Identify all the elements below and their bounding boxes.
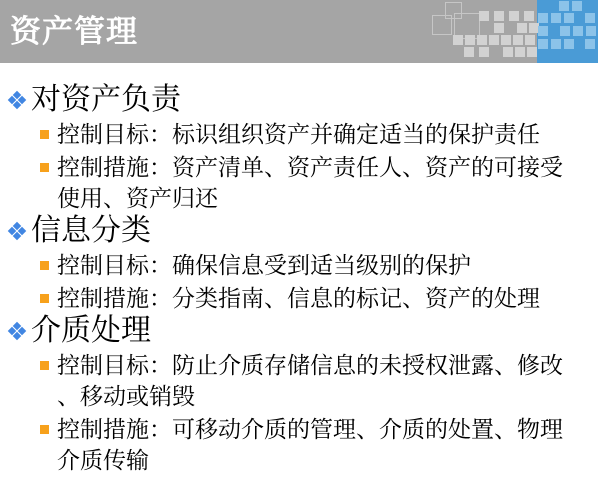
decorative-square — [573, 26, 583, 36]
decorative-square — [453, 35, 463, 45]
square-bullet-icon — [40, 163, 49, 172]
diamond-cluster-icon — [9, 323, 25, 339]
slide: 资产管理 对资产负责 控制目标：标识组织资产并确定适当的保护责任 控制措施：资产… — [0, 0, 598, 477]
bullet-item: 控制措施：资产清单、资产责任人、资产的可接受使用、资产归还 — [0, 152, 569, 214]
decorative-square — [494, 23, 504, 33]
decorative-square — [509, 11, 519, 21]
decorative-square — [551, 39, 561, 49]
bullet-item-text: 控制目标：确保信息受到适当级别的保护 — [57, 252, 471, 278]
slide-title: 资产管理 — [10, 6, 138, 51]
decorative-square — [525, 35, 535, 45]
slide-body: 对资产负责 控制目标：标识组织资产并确定适当的保护责任 控制措施：资产清单、资产… — [0, 63, 598, 476]
decorative-square — [479, 47, 489, 57]
bullet-item-text: 控制目标：标识组织资产并确定适当的保护责任 — [57, 121, 540, 147]
decorative-square — [586, 26, 596, 36]
square-bullet-icon — [40, 294, 49, 303]
decorative-square — [585, 39, 595, 49]
bullet-item-text: 控制措施：资产清单、资产责任人、资产的可接受使用、资产归还 — [57, 154, 563, 211]
decorative-square — [465, 35, 475, 45]
square-bullet-icon — [40, 361, 49, 370]
square-bullet-icon — [40, 425, 49, 434]
diamond-cluster-icon — [9, 223, 25, 239]
decorative-square — [513, 35, 523, 45]
decorative-square — [517, 23, 527, 33]
decorative-square — [501, 35, 511, 45]
square-bullet-icon — [40, 130, 49, 139]
decorative-square — [560, 26, 570, 36]
bullet-item: 控制措施：分类指南、信息的标记、资产的处理 — [0, 283, 569, 314]
decorative-square — [524, 11, 534, 21]
section-heading-label: 信息分类 — [31, 214, 151, 248]
section-heading-label: 对资产负责 — [31, 83, 181, 117]
bullet-item-text: 控制措施：可移动介质的管理、介质的处置、物理介质传输 — [57, 416, 563, 473]
decorative-square — [479, 11, 489, 21]
square-bullet-icon — [40, 261, 49, 270]
diamond-cluster-icon — [9, 92, 25, 108]
decorative-square — [489, 35, 499, 45]
bullet-item: 控制目标：确保信息受到适当级别的保护 — [0, 250, 569, 281]
decorative-square — [559, 1, 569, 11]
section-heading: 信息分类 — [0, 214, 598, 248]
bullet-item: 控制措施：可移动介质的管理、介质的处置、物理介质传输 — [0, 414, 569, 476]
decorative-square — [503, 47, 513, 57]
decorative-square — [477, 35, 487, 45]
decorative-square — [585, 13, 595, 23]
decorative-square — [538, 26, 548, 36]
section-heading-label: 介质处理 — [31, 314, 151, 348]
section-heading: 介质处理 — [0, 314, 598, 348]
bullet-item: 控制目标：防止介质存储信息的未授权泄露、修改、移动或销毁 — [0, 350, 569, 412]
decorative-square — [538, 39, 548, 49]
decorative-square — [572, 1, 582, 11]
slide-header: 资产管理 — [0, 0, 598, 63]
decorative-square — [527, 47, 537, 57]
decorative-square — [564, 13, 574, 23]
decorative-square — [564, 39, 574, 49]
bullet-item-text: 控制目标：防止介质存储信息的未授权泄露、修改、移动或销毁 — [57, 352, 563, 409]
decorative-square — [538, 13, 548, 23]
bullet-item: 控制目标：标识组织资产并确定适当的保护责任 — [0, 119, 569, 150]
decorative-square — [551, 13, 561, 23]
decorative-square — [515, 47, 525, 57]
bullet-item-text: 控制措施：分类指南、信息的标记、资产的处理 — [57, 285, 540, 311]
decorative-square — [464, 47, 474, 57]
section-heading: 对资产负责 — [0, 83, 598, 117]
decorative-square — [494, 11, 504, 21]
